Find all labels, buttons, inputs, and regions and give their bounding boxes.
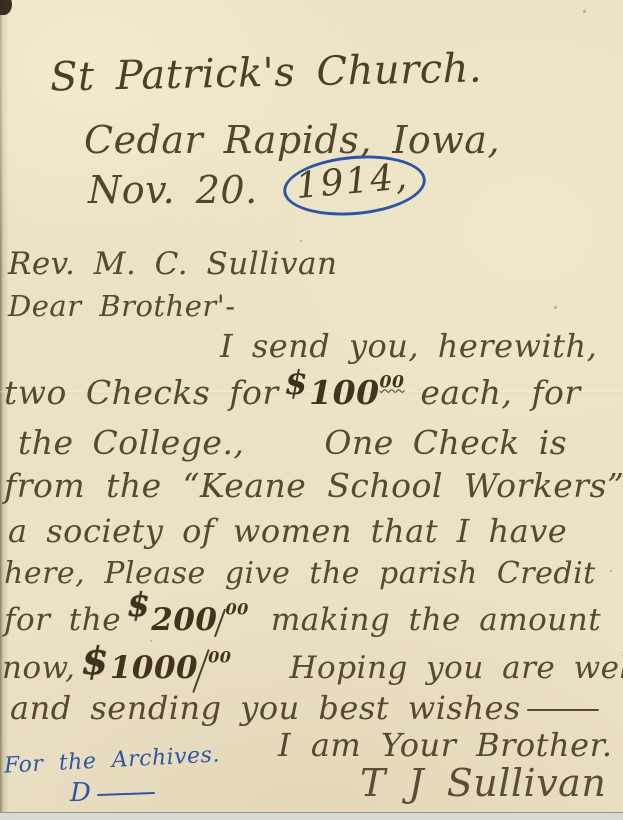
dollar-sign: $	[285, 363, 308, 402]
body-line-wishes: and sending you best wishes	[10, 689, 599, 727]
body-text: making the amount	[271, 602, 601, 638]
date-year: 1914,	[294, 156, 410, 207]
paper-speck	[300, 240, 302, 242]
salutation-line: Dear Brother'-	[8, 289, 236, 323]
closing-line: I am Your Brother.	[278, 726, 613, 764]
body-text: now,	[2, 650, 75, 686]
body-text: for the	[4, 602, 121, 638]
body-line-credit: here, Please give the parish Credit	[4, 556, 596, 591]
dollar-sign: $	[81, 639, 108, 684]
signature-line: T J Sullivan	[360, 761, 606, 805]
dollar-sign: $	[127, 585, 150, 624]
body-line-1000: now,$100000Hoping you are well	[2, 643, 623, 688]
body-line-college: the College.,One Check is	[18, 423, 567, 462]
paper-speck	[583, 10, 586, 13]
amount-1000: 1000	[110, 650, 198, 686]
archive-note: For the Archives.	[3, 742, 220, 778]
body-text: and sending you best wishes	[10, 689, 521, 727]
pen-flourish	[527, 709, 599, 711]
body-line-keane: from the “Keane School Workers”,	[4, 466, 623, 505]
letterhead-place: Cedar Rapids, Iowa,	[84, 118, 500, 162]
paper-speck	[150, 640, 152, 642]
body-line-200: for the$20000making the amount	[4, 599, 601, 638]
letterhead-organization: St Patrick's Church.	[50, 45, 483, 100]
recipient-line: Rev. M. C. Sullivan	[8, 246, 337, 282]
scan-edge-strip	[0, 812, 623, 820]
paper-speck	[554, 306, 557, 309]
paper-speck	[610, 570, 612, 572]
body-line-society: a society of women that I have	[8, 512, 567, 550]
amount-100: 100	[309, 373, 379, 412]
body-text: two Checks for	[4, 373, 279, 412]
cents-superscript: 00	[225, 600, 248, 619]
cents-superscript: 00	[208, 648, 231, 667]
corner-ink-blot	[0, 0, 12, 15]
amount-200: 200	[151, 602, 217, 638]
cents-superscript: 00	[380, 373, 405, 393]
initial-text: D	[70, 778, 91, 808]
body-text: One Check is	[324, 423, 567, 462]
body-text: the College.,	[18, 423, 244, 462]
archive-initial: D	[70, 778, 155, 808]
letter-page: St Patrick's Church. Cedar Rapids, Iowa,…	[0, 0, 623, 820]
body-opening-line: I send you, herewith,	[220, 327, 597, 365]
body-text: Hoping you are well	[290, 650, 623, 686]
body-line-checks: two Checks for$10000each, for	[4, 373, 581, 412]
body-text: each, for	[420, 373, 580, 412]
letterhead-date: Nov. 20.	[88, 168, 258, 212]
pen-flourish	[97, 792, 155, 796]
